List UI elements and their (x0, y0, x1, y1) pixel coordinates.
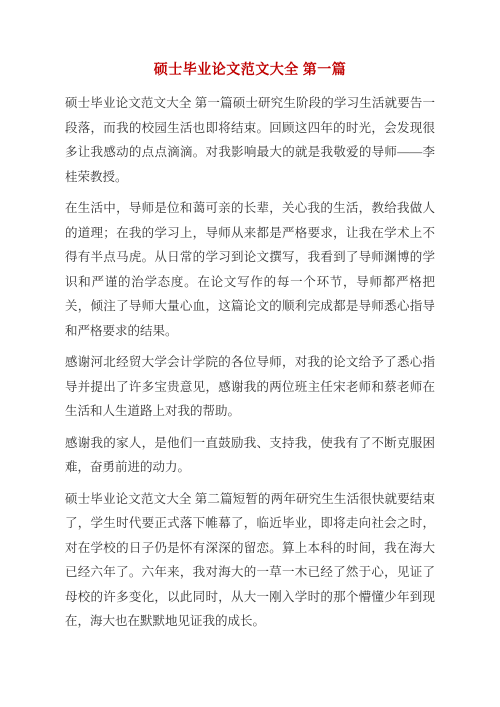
document-content: 硕士毕业论文范文大全 第一篇 硕士毕业论文范文大全 第一篇硕士研究生阶段的学习生… (0, 0, 500, 634)
text-line: 硕士毕业论文范文大全 第二篇短暂的两年研究生生活很快就要结束 (65, 487, 435, 512)
document-page: 硕士毕业论文范文大全 第一篇 硕士毕业论文范文大全 第一篇硕士研究生阶段的学习生… (0, 0, 500, 707)
text-line: 已经六年了。六年来，我对海大的一草一木已经了然于心，见证了 (65, 560, 435, 585)
text-line: 在，海大也在默默地见证我的成长。 (65, 609, 435, 634)
text-line: 母校的许多变化，以此同时，从大一刚入学时的那个懵懂少年到现 (65, 585, 435, 610)
text-line: 多让我感动的点点滴滴。对我影响最大的就是我敬爱的导师——李 (65, 140, 435, 165)
paragraph: 在生活中，导师是位和蔼可亲的长辈，关心我的生活，教给我做人的道理；在我的学习上，… (65, 196, 435, 343)
text-line: 段落，而我的校园生活也即将结束。回顾这四年的时光，会发现很 (65, 116, 435, 141)
text-line: 识和严谨的治学态度。在论文写作的每一个环节，导师都严格把 (65, 270, 435, 295)
text-line: 了，学生时代要正式落下帷幕了，临近毕业，即将走向社会之时， (65, 511, 435, 536)
text-line: 导并提出了许多宝贵意见，感谢我的两位班主任宋老师和蔡老师在 (65, 375, 435, 400)
text-line: 得有半点马虎。从日常的学习到论文撰写，我看到了导师渊博的学 (65, 245, 435, 270)
document-title: 硕士毕业论文范文大全 第一篇 (65, 60, 435, 81)
text-line: 桂荣教授。 (65, 165, 435, 190)
text-line: 和严格要求的结果。 (65, 319, 435, 344)
text-line: 难，奋勇前进的动力。 (65, 455, 435, 480)
paragraphs: 硕士毕业论文范文大全 第一篇硕士研究生阶段的学习生活就要告一段落，而我的校园生活… (65, 91, 435, 634)
text-line: 感谢河北经贸大学会计学院的各位导师，对我的论文给予了悉心指 (65, 350, 435, 375)
paragraph: 硕士毕业论文范文大全 第二篇短暂的两年研究生生活很快就要结束了，学生时代要正式落… (65, 487, 435, 634)
text-line: 感谢我的家人，是他们一直鼓励我、支持我，使我有了不断克服困 (65, 431, 435, 456)
text-line: 在生活中，导师是位和蔼可亲的长辈，关心我的生活，教给我做人 (65, 196, 435, 221)
paragraph: 硕士毕业论文范文大全 第一篇硕士研究生阶段的学习生活就要告一段落，而我的校园生活… (65, 91, 435, 189)
text-line: 硕士毕业论文范文大全 第一篇硕士研究生阶段的学习生活就要告一 (65, 91, 435, 116)
paragraph: 感谢我的家人，是他们一直鼓励我、支持我，使我有了不断克服困难，奋勇前进的动力。 (65, 431, 435, 480)
text-line: 的道理；在我的学习上，导师从来都是严格要求，让我在学术上不 (65, 221, 435, 246)
text-line: 生活和人生道路上对我的帮助。 (65, 399, 435, 424)
text-line: 关，倾注了导师大量心血，这篇论文的顺利完成都是导师悉心指导 (65, 294, 435, 319)
text-line: 对在学校的日子仍是怀有深深的留恋。算上本科的时间，我在海大 (65, 536, 435, 561)
paragraph: 感谢河北经贸大学会计学院的各位导师，对我的论文给予了悉心指导并提出了许多宝贵意见… (65, 350, 435, 424)
